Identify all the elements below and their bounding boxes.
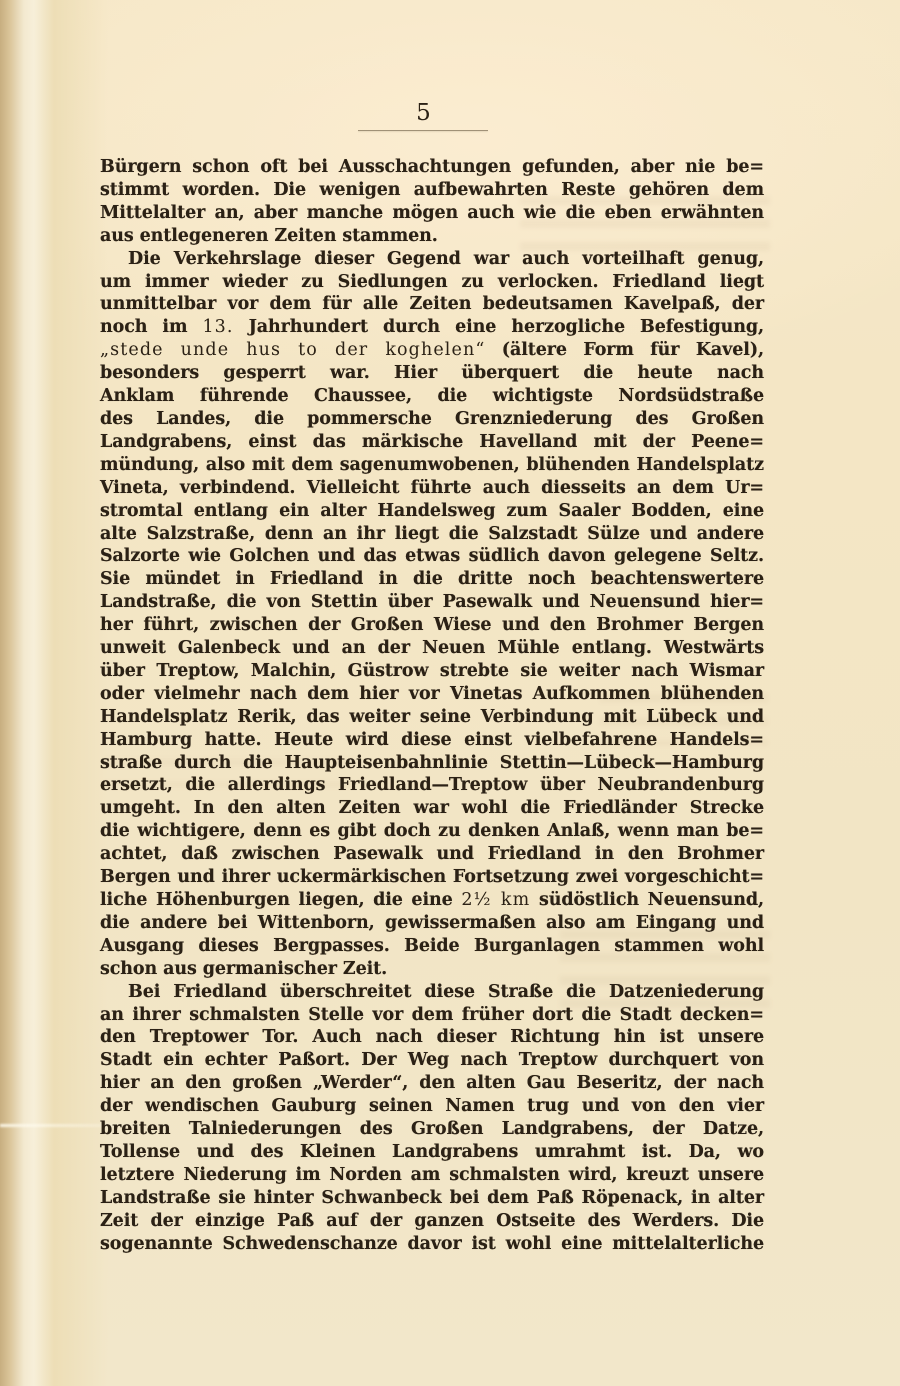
text-line: schon aus germanischer Zeit. [100, 958, 764, 981]
text-line: stromtal entlang ein alter Handelsweg zu… [100, 500, 764, 523]
page-gutter-shadow [0, 0, 110, 1386]
text-line: Anklam führende Chaussee, die wichtigste… [100, 385, 764, 408]
fraktur-text-segment: Salzorte wie Golchen und das etwas südli… [100, 546, 764, 566]
text-block: Bürgern schon oft bei Ausschachtungen ge… [100, 156, 764, 1256]
text-line: achtet, daß zwischen Pasewalk und Friedl… [100, 843, 764, 866]
text-line: Die Verkehrslage dieser Gegend war auch … [100, 248, 764, 271]
fraktur-text-segment: die andere bei Wittenborn, gewissermaßen… [100, 913, 764, 933]
text-line: die andere bei Wittenborn, gewissermaßen… [100, 912, 764, 935]
text-line: unweit Galenbeck und an der Neuen Mühle … [100, 637, 764, 660]
fraktur-text-segment: den Treptower Tor. Auch nach dieser Rich… [100, 1027, 764, 1047]
text-line: letztere Niederung im Norden am schmalst… [100, 1164, 764, 1187]
fraktur-text-segment: straße durch die Haupteisenbahnlinie Ste… [100, 753, 764, 773]
fraktur-text-segment: Tollense und des Kleinen Landgrabens umr… [100, 1142, 764, 1162]
text-line: aus entlegeneren Zeiten stammen. [100, 225, 764, 248]
fraktur-text-segment: Jahrhundert durch eine herzogliche Befes… [234, 317, 764, 337]
text-line: ersetzt, die allerdings Friedland—Trepto… [100, 774, 764, 797]
text-line: über Treptow, Malchin, Güstrow strebte s… [100, 660, 764, 683]
fraktur-text-segment: Vineta, verbindend. Vielleicht führte au… [100, 478, 764, 498]
text-line: Sie mündet in Friedland in die dritte no… [100, 568, 764, 591]
fraktur-text-segment: Hamburg hatte. Heute wird diese einst vi… [100, 730, 764, 750]
fraktur-text-segment: die wichtigere, denn es gibt doch zu den… [100, 821, 764, 841]
paragraph: Bürgern schon oft bei Ausschachtungen ge… [100, 156, 764, 248]
text-line: alte Salzstraße, denn an ihr liegt die S… [100, 523, 764, 546]
page-number: 5 [92, 100, 756, 126]
fraktur-text-segment: um immer wieder zu Siedlungen zu verlock… [100, 272, 764, 292]
fraktur-text-segment: Handelsplatz Rerik, das weiter seine Ver… [100, 707, 764, 727]
text-line: noch im 13. Jahrhundert durch eine herzo… [100, 316, 764, 339]
fraktur-text-segment: (ältere Form für Kavel), [485, 340, 764, 360]
text-line: sogenannte Schwedenschanze davor ist woh… [100, 1233, 764, 1256]
text-line: besonders gesperrt war. Hier überquert d… [100, 362, 764, 385]
text-line: Tollense und des Kleinen Landgrabens umr… [100, 1141, 764, 1164]
fraktur-text-segment: noch im [100, 317, 202, 337]
text-line: straße durch die Haupteisenbahnlinie Ste… [100, 752, 764, 775]
text-line: „stede unde hus to der koghelen“ (ältere… [100, 339, 764, 362]
text-line: Hamburg hatte. Heute wird diese einst vi… [100, 729, 764, 752]
fraktur-text-segment: Anklam führende Chaussee, die wichtigste… [100, 386, 764, 406]
text-line: des Landes, die pommersche Grenzniederun… [100, 408, 764, 431]
fraktur-text-segment: über Treptow, Malchin, Güstrow strebte s… [100, 661, 764, 681]
text-line: Landgrabens, einst das märkische Havella… [100, 431, 764, 454]
fraktur-text-segment: an ihrer schmalsten Stelle vor dem frühe… [100, 1005, 764, 1025]
fraktur-text-segment: schon aus germanischer Zeit. [100, 959, 387, 979]
text-line: Vineta, verbindend. Vielleicht führte au… [100, 477, 764, 500]
text-line: umgeht. In den alten Zeiten war wohl die… [100, 797, 764, 820]
fraktur-text-segment: Landstraße, die von Stettin über Pasewal… [100, 592, 764, 612]
fraktur-text-segment: umgeht. In den alten Zeiten war wohl die… [100, 798, 764, 818]
text-line: Bei Friedland überschreitet diese Straße… [100, 981, 764, 1004]
fraktur-text-segment: hier an den großen „Werder“, den alten G… [100, 1073, 764, 1093]
fraktur-text-segment: unmittelbar vor dem für alle Zeiten bede… [100, 294, 764, 314]
fraktur-text-segment: Bei Friedland überschreitet diese Straße… [128, 982, 764, 1002]
fraktur-text-segment: oder vielmehr nach dem hier vor Vinetas … [100, 684, 764, 704]
text-line: Handelsplatz Rerik, das weiter seine Ver… [100, 706, 764, 729]
fraktur-text-segment: stimmt worden. Die wenigen aufbewahrten … [100, 180, 764, 200]
fraktur-text-segment: unweit Galenbeck und an der Neuen Mühle … [100, 638, 764, 658]
fraktur-text-segment: mündung, also mit dem sagenumwobenen, bl… [100, 455, 764, 475]
text-line: Bürgern schon oft bei Ausschachtungen ge… [100, 156, 764, 179]
text-line: breiten Talniederungen des Großen Landgr… [100, 1118, 764, 1141]
page-header: 5 [92, 100, 756, 126]
text-line: der wendischen Gauburg seinen Namen trug… [100, 1095, 764, 1118]
fraktur-text-segment: Landgrabens, einst das märkische Havella… [100, 432, 764, 452]
text-line: an ihrer schmalsten Stelle vor dem frühe… [100, 1004, 764, 1027]
text-line: hier an den großen „Werder“, den alten G… [100, 1072, 764, 1095]
text-line: Stadt ein echter Paßort. Der Weg nach Tr… [100, 1049, 764, 1072]
fraktur-text-segment: sogenannte Schwedenschanze davor ist woh… [100, 1234, 764, 1254]
fraktur-text-segment: achtet, daß zwischen Pasewalk und Friedl… [100, 844, 764, 864]
fraktur-text-segment: südöstlich Neuensund, [530, 890, 764, 910]
fraktur-text-segment: Ausgang dieses Bergpasses. Beide Burganl… [100, 936, 764, 956]
text-line: liche Höhenburgen liegen, die eine 2½ km… [100, 889, 764, 912]
fraktur-text-segment: besonders gesperrt war. Hier überquert d… [100, 363, 764, 383]
antiqua-text-segment: 2½ km [461, 890, 530, 910]
fraktur-text-segment: letztere Niederung im Norden am schmalst… [100, 1165, 764, 1185]
fraktur-text-segment: Die Verkehrslage dieser Gegend war auch … [128, 249, 764, 269]
fraktur-text-segment: Mittelalter an, aber manche mögen auch w… [100, 203, 764, 223]
text-line: um immer wieder zu Siedlungen zu verlock… [100, 271, 764, 294]
fraktur-text-segment: Zeit der einzige Paß auf der ganzen Osts… [100, 1211, 764, 1231]
fraktur-text-segment: Bergen und ihrer uckermärkischen Fortset… [100, 867, 764, 887]
text-line: mündung, also mit dem sagenumwobenen, bl… [100, 454, 764, 477]
text-line: oder vielmehr nach dem hier vor Vinetas … [100, 683, 764, 706]
fraktur-text-segment: Stadt ein echter Paßort. Der Weg nach Tr… [100, 1050, 764, 1070]
fraktur-text-segment: breiten Talniederungen des Großen Landgr… [100, 1119, 764, 1139]
text-line: Landstraße sie hinter Schwanbeck bei dem… [100, 1187, 764, 1210]
fraktur-text-segment: her führt, zwischen der Großen Wiese und… [100, 615, 764, 635]
fraktur-text-segment: aus entlegeneren Zeiten stammen. [100, 226, 438, 246]
text-line: Mittelalter an, aber manche mögen auch w… [100, 202, 764, 225]
page-number-rule [358, 130, 488, 131]
text-line: Bergen und ihrer uckermärkischen Fortset… [100, 866, 764, 889]
fraktur-text-segment: alte Salzstraße, denn an ihr liegt die S… [100, 524, 764, 544]
text-line: die wichtigere, denn es gibt doch zu den… [100, 820, 764, 843]
fraktur-text-segment: Sie mündet in Friedland in die dritte no… [100, 569, 764, 589]
fraktur-text-segment: des Landes, die pommersche Grenzniederun… [100, 409, 764, 429]
fraktur-text-segment: der wendischen Gauburg seinen Namen trug… [100, 1096, 764, 1116]
paragraph: Bei Friedland überschreitet diese Straße… [100, 981, 764, 1256]
fraktur-text-segment: liche Höhenburgen liegen, die eine [100, 890, 461, 910]
fraktur-text-segment: Landstraße sie hinter Schwanbeck bei dem… [100, 1188, 764, 1208]
fraktur-text-segment: Bürgern schon oft bei Ausschachtungen ge… [100, 157, 764, 177]
text-line: stimmt worden. Die wenigen aufbewahrten … [100, 179, 764, 202]
paragraph: Die Verkehrslage dieser Gegend war auch … [100, 248, 764, 981]
text-line: Zeit der einzige Paß auf der ganzen Osts… [100, 1210, 764, 1233]
text-line: Landstraße, die von Stettin über Pasewal… [100, 591, 764, 614]
text-line: den Treptower Tor. Auch nach dieser Rich… [100, 1026, 764, 1049]
text-line: Salzorte wie Golchen und das etwas südli… [100, 545, 764, 568]
fraktur-text-segment: stromtal entlang ein alter Handelsweg zu… [100, 501, 764, 521]
scanned-book-page: 5 Bürgern schon oft bei Ausschachtungen … [0, 0, 900, 1386]
text-line: unmittelbar vor dem für alle Zeiten bede… [100, 293, 764, 316]
antiqua-text-segment: „stede unde hus to der koghelen“ [100, 340, 485, 360]
text-line: her führt, zwischen der Großen Wiese und… [100, 614, 764, 637]
antiqua-text-segment: 13. [202, 317, 233, 337]
text-line: Ausgang dieses Bergpasses. Beide Burganl… [100, 935, 764, 958]
fraktur-text-segment: ersetzt, die allerdings Friedland—Trepto… [100, 775, 764, 795]
